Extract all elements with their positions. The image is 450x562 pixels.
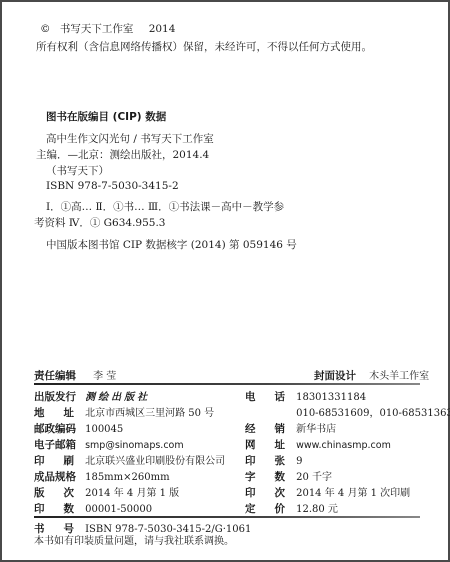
info-website: 网址 www.chinasmp.com (245, 435, 391, 451)
editor-credit: 责任编辑 李 莹 (34, 366, 116, 382)
info-value: 185mm×260mm (85, 472, 169, 483)
info-address: 地址 北京市西城区三里河路 50 号 (34, 403, 214, 419)
info-print-run: 印数 00001-50000 (34, 499, 152, 515)
copyright-line: © 书写天下工作室 2014 (40, 22, 175, 36)
info-printer: 印刷 北京联兴盛业印刷股份有限公司 (34, 451, 225, 467)
cip-heading: 图书在版编目 (CIP) 数据 (46, 109, 166, 124)
info-size: 成品规格 185mm×260mm (34, 467, 170, 483)
info-value: smp@sinomaps.com (85, 440, 184, 451)
copyright-holder: 书写天下工作室 (60, 23, 134, 35)
publisher-logo: 测绘出版社 (85, 392, 150, 403)
info-edition: 版次 2014 年 4 月第 1 版 (34, 483, 179, 499)
divider-bottom (34, 516, 420, 518)
cip-line: 考资料 Ⅳ．① G634.955.3 (34, 216, 166, 230)
copyright-year: 2014 (149, 23, 176, 35)
info-price: 定价 12.80 元 (245, 499, 338, 515)
copyright-symbol: © (40, 23, 51, 35)
info-publisher: 出版发行 测绘出版社 (34, 387, 150, 403)
info-label: 定价 (245, 501, 285, 517)
editor-label: 责任编辑 (34, 370, 76, 382)
cover-credit: 封面设计 木头羊工作室 (314, 366, 429, 382)
info-label: 印数 (34, 501, 74, 517)
info-value: 2014 年 4 月第 1 次印刷 (296, 488, 410, 499)
cip-number: 中国版本图书馆 CIP 数据核字 (2014) 第 059146 号 (46, 238, 297, 252)
info-value: 100045 (85, 424, 123, 435)
info-value: www.chinasmp.com (296, 440, 391, 451)
info-value: 北京市西城区三里河路 50 号 (85, 408, 214, 419)
info-value: 2014 年 4 月第 1 版 (85, 488, 179, 499)
info-value: 010-68531609，010-68531363 (296, 408, 450, 419)
info-distributor: 经销 新华书店 (245, 419, 336, 435)
cover-label: 封面设计 (314, 370, 356, 382)
quality-notice: 本书如有印装质量问题，请与我社联系调换。 (34, 535, 234, 549)
divider-top (34, 383, 420, 385)
info-phone: 电话 18301331184 (245, 387, 366, 403)
info-sheets: 印张 9 (245, 451, 302, 467)
info-value: 18301331184 (296, 392, 366, 403)
cip-line: 主编．—北京：测绘出版社，2014.4 (36, 148, 209, 162)
book-number: 书号 ISBN 978-7-5030-3415-2/G·1061 (34, 519, 251, 535)
info-value: 新华书店 (296, 424, 336, 435)
info-value: 00001-50000 (85, 504, 152, 515)
isbn-value: ISBN 978-7-5030-3415-2/G·1061 (85, 524, 251, 535)
info-value: 北京联兴盛业印刷股份有限公司 (85, 456, 225, 467)
info-value: 9 (296, 456, 302, 467)
info-email: 电子邮箱 smp@sinomaps.com (34, 435, 184, 451)
rights-statement: 所有权利（含信息网络传播权）保留，未经许可，不得以任何方式使用。 (36, 40, 372, 54)
cip-isbn: ISBN 978-7-5030-3415-2 (46, 179, 179, 193)
cip-line: （书写天下） (46, 164, 109, 178)
cip-line: Ⅰ．①高… Ⅱ．①书… Ⅲ．①书法课－高中－教学参 (46, 200, 284, 214)
info-phone-extra: 010-68531609，010-68531363 (245, 403, 450, 419)
cip-line: 高中生作文闪光句 / 书写天下工作室 (46, 132, 214, 146)
info-value: 12.80 元 (296, 504, 338, 515)
info-impression: 印次 2014 年 4 月第 1 次印刷 (245, 483, 410, 499)
copyright-page: © 书写天下工作室 2014 所有权利（含信息网络传播权）保留，未经许可，不得以… (0, 0, 450, 562)
info-value: 20 千字 (296, 472, 332, 483)
cover-value: 木头羊工作室 (369, 371, 429, 382)
editor-value: 李 莹 (93, 371, 116, 382)
